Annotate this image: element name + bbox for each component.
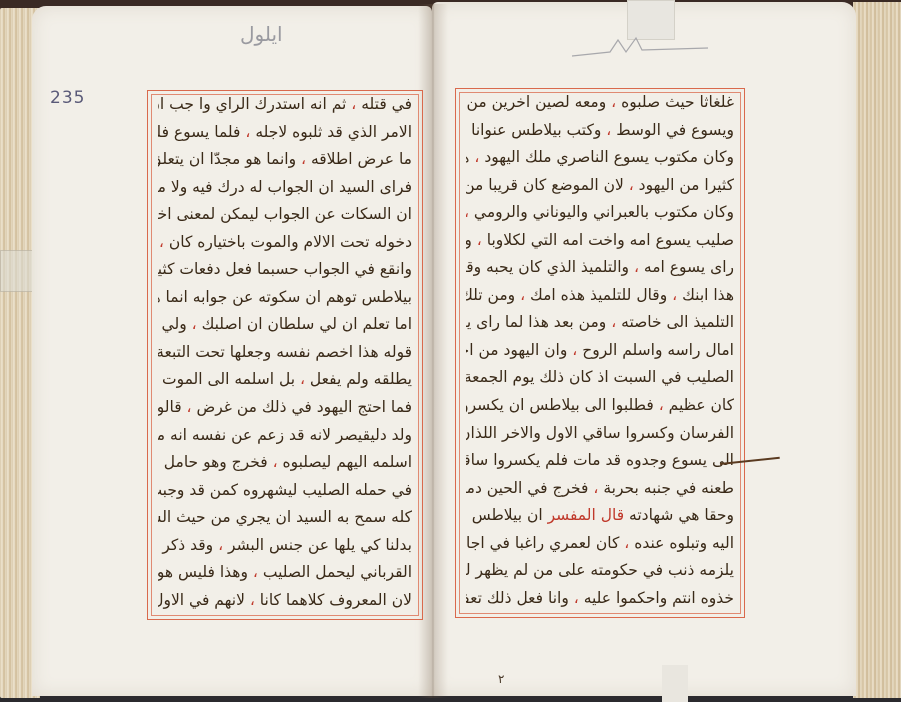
text-line: يلزمه ذنب في حكومته على من لم يظهر له ذن… [466, 563, 734, 583]
text-line: اسلمه اليهم ليصلبوه ، فخرج وهو حامل صليب… [158, 455, 412, 475]
left-text-block: في قتله ، ثم انه استدرك الراي وا جب ان ي… [158, 97, 412, 613]
folio-number: 235 [50, 88, 85, 108]
text-line: بيلاطس توهم ان سكوته عن جوابه انما هو اس… [158, 290, 412, 310]
text-line: وانقع في الجواب حسبما فعل دفعات كثيرة ، … [158, 262, 412, 282]
text-line: فما احتج اليهود في ذلك من غرض ، قالوا ان… [158, 400, 412, 420]
text-line: الامر الذي قد ثلبوه لاجله ، فلما يسوع فل… [158, 125, 412, 145]
text-line: كله سمح به السيد ان يجري من حيث السياسة … [158, 510, 412, 530]
text-line: الفرسان وكسروا ساقي الاول والاخر اللذان … [466, 426, 734, 446]
text-line: خذوه انتم واحكموا عليه ، وانا فعل ذلك تع… [466, 591, 734, 611]
manuscript-photo: ايلول 235 في قتله ، ثم انه استدرك الراي … [0, 0, 901, 702]
left-text-frame: في قتله ، ثم انه استدرك الراي وا جب ان ي… [147, 90, 423, 620]
text-line: كان عظيم ، فطلبوا الى بيلاطس ان يكسروا س… [466, 398, 734, 418]
text-line: دخوله تحت الالام والموت باختياره كان ، و… [158, 235, 412, 255]
text-line: لان المعروف كلاهما كانا ، لانهم في الاول… [158, 593, 412, 613]
text-line: ولد دليقيصر لانه قد زعم عن نفسه انه ملك … [158, 428, 412, 448]
text-line: يطلقه ولم يفعل ، بل اسلمه الى الموت بغير… [158, 372, 412, 392]
text-line: اليه وتبلوه عنده ، كان لعمري راغبا في اج… [466, 536, 734, 556]
text-line: الى يسوع وجدوه قد مات فلم يكسروا ساقيه ،… [466, 453, 734, 473]
text-line: اما تعلم ان لي سلطان ان اصلبك ، ولي سلطا… [158, 317, 412, 337]
right-text-block: غلغاثا حيث صلبوه ، ومعه لصين اخرين من ها… [466, 95, 734, 611]
text-line: قوله هذا اخصم نفسه وجعلها تحت التبعة ، ا… [158, 345, 412, 365]
right-text-frame: غلغاثا حيث صلبوه ، ومعه لصين اخرين من ها… [455, 88, 745, 618]
text-line: بدلنا كي يلها عن جنس البشر ، وقد ذكر الا… [158, 538, 412, 558]
right-page-edges [853, 2, 901, 698]
text-line: الصليب في السبت اذ كان ذلك يوم الجمعة ، … [466, 370, 734, 390]
paper-tab-top [627, 0, 675, 40]
text-line: فراى السيد ان الجواب له درك فيه ولا منفع… [158, 180, 412, 200]
paper-tab-bottom [662, 665, 688, 702]
pencil-flourish-icon [570, 36, 710, 62]
text-line: في قتله ، ثم انه استدرك الراي وا جب ان ي… [158, 97, 412, 117]
text-line: التلميذ الى خاصته ، ومن بعد هذا لما راى … [466, 315, 734, 335]
text-line: امال راسه واسلم الروح ، وان اليهود من اج… [466, 343, 734, 363]
text-line: وحقا هي شهادته قال المفسر ان بيلاطس لما … [466, 508, 734, 528]
text-line: صليب يسوع امه واخت امه التي لكلاوبا ، وم… [466, 233, 734, 253]
text-line: ويسوع في الوسط ، وكتب بيلاطس عنوانا ووضع… [466, 123, 734, 143]
text-line: في حمله الصليب ليشهروه كمن قد وجبت عليه … [158, 483, 412, 503]
text-line: راى يسوع امه ، والتلميذ الذي كان يحبه وق… [466, 260, 734, 280]
text-line: القرباني ليحمل الصليب ، وهذا فليس هو خلف… [158, 565, 412, 585]
text-line: وكان مكتوب بالعبراني واليوناني والرومي ،… [466, 205, 734, 225]
text-line: وكان مكتوب يسوع الناصري ملك اليهود ، هذا… [466, 150, 734, 170]
text-line: هذا ابنك ، وقال للتلميذ هذه امك ، ومن تل… [466, 288, 734, 308]
rubric-phrase: قال المفسر [548, 508, 625, 524]
text-line: طعنه في جنبه بحربة ، فخرج في الحين دما و… [466, 481, 734, 501]
left-page-header-annotation: ايلول [240, 22, 283, 46]
text-line: ما عرض اطلاقه ، وانما هو مجدّا ان يتعلق … [158, 152, 412, 172]
text-line: ان السكات عن الجواب ليمكن لمعنى اخر ، لا… [158, 207, 412, 227]
text-line: كثيرا من اليهود ، لان الموضع كان قريبا م… [466, 178, 734, 198]
bottom-annotation: ٢ [498, 672, 504, 686]
text-line: غلغاثا حيث صلبوه ، ومعه لصين اخرين من ها… [466, 95, 734, 115]
